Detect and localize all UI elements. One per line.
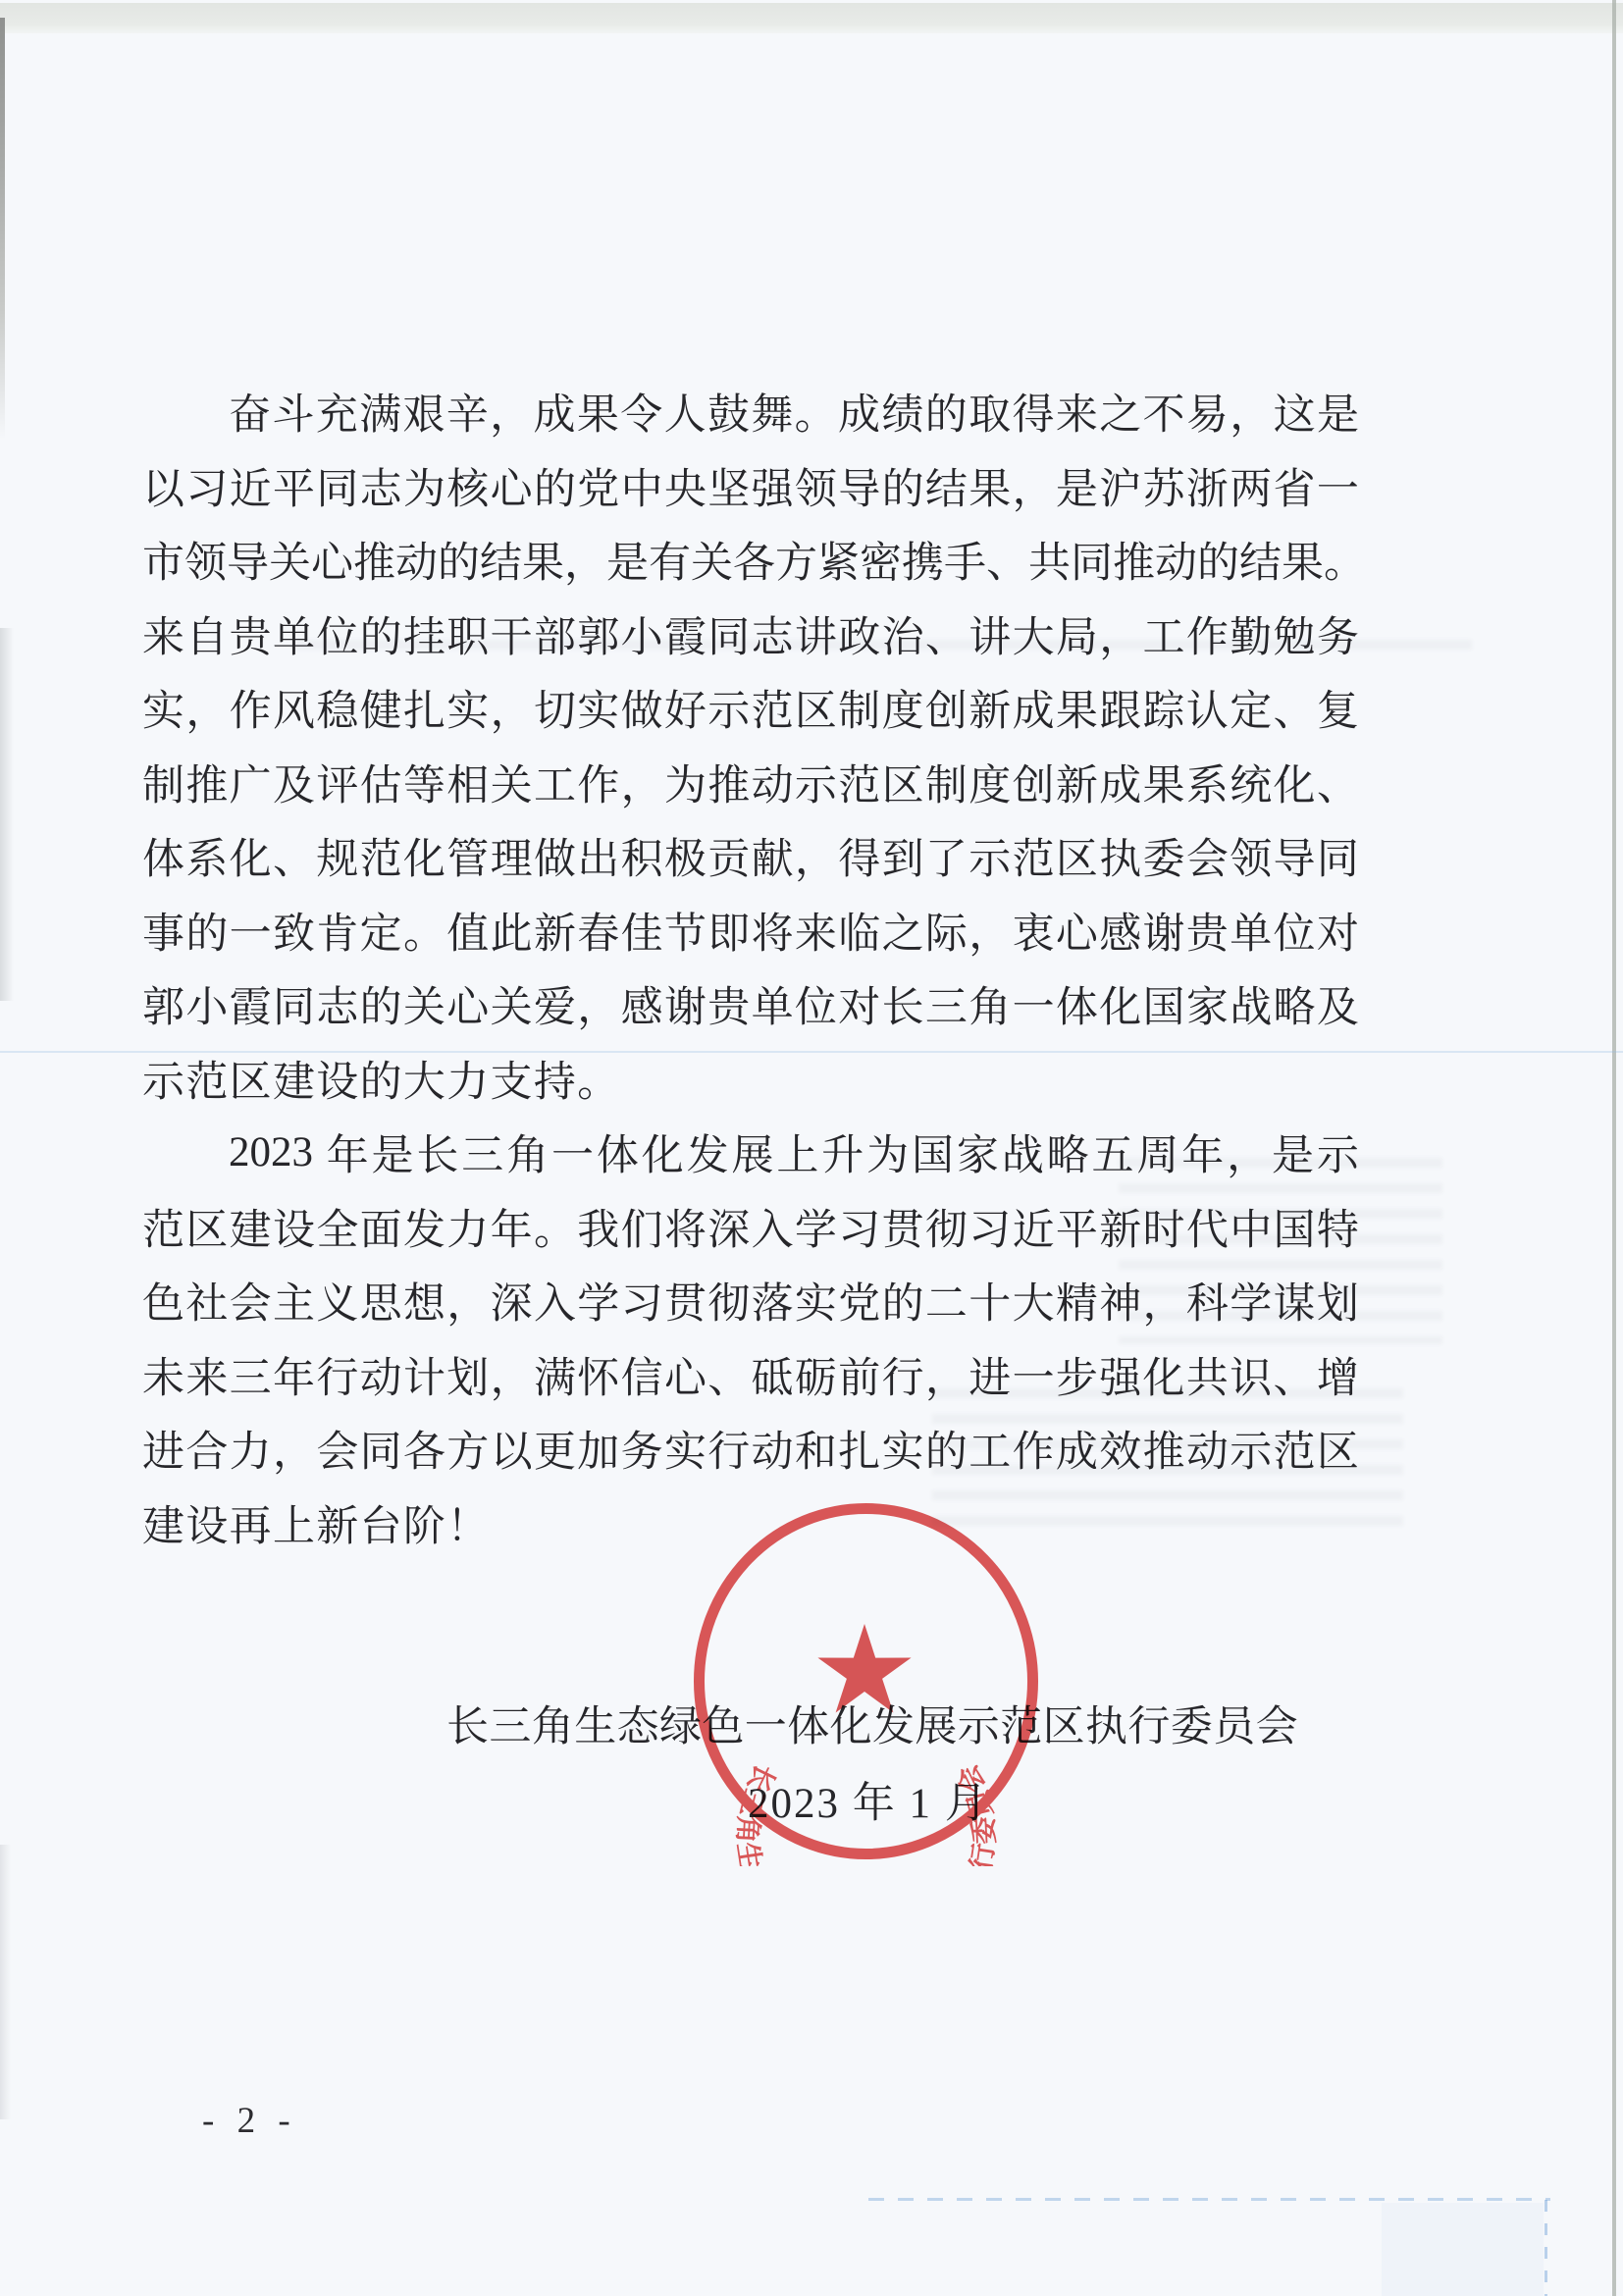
body-line: 实，作风稳健扎实，切实做好示范区制度创新成果跟踪认定、复 xyxy=(142,671,1359,746)
body-lines: 奋斗充满艰辛，成果令人鼓舞。成绩的取得来之不易，这是以习近平同志为核心的党中央坚… xyxy=(142,375,1359,1560)
seal-star xyxy=(817,1624,911,1713)
body-line: 范区建设全面发力年。我们将深入学习贯彻习近平新时代中国特 xyxy=(142,1190,1359,1265)
body-line: 示范区建设的大力支持。 xyxy=(142,1042,1359,1117)
body-line: 市领导关心推动的结果，是有关各方紧密携手、共同推动的结果。 xyxy=(142,523,1359,598)
body-line: 以习近平同志为核心的党中央坚强领导的结果，是沪苏浙两省一 xyxy=(142,449,1359,524)
body-line: 色社会主义思想，深入学习贯彻落实党的二十大精神，科学谋划 xyxy=(142,1264,1359,1338)
body-line: 郭小霞同志的关心关爱，感谢贵单位对长三角一体化国家战略及 xyxy=(142,967,1359,1042)
scan-edge-artifact-top xyxy=(0,3,1623,33)
body-line: 2023 年是长三角一体化发展上升为国家战略五周年，是示 xyxy=(142,1116,1359,1190)
scan-corner-tint xyxy=(1382,2203,1544,2296)
body-line: 奋斗充满艰辛，成果令人鼓舞。成绩的取得来之不易，这是 xyxy=(142,375,1359,449)
official-seal: 长三角生态绿色一体化发展示范区执行委员会 xyxy=(687,1493,1050,1866)
body-line: 未来三年行动计划，满怀信心、砥砺前行，进一步强化共识、增 xyxy=(142,1338,1359,1413)
scan-corner-line-horizontal xyxy=(868,2198,1550,2201)
body-line: 进合力，会同各方以更加务实行动和扎实的工作成效推动示范区 xyxy=(142,1412,1359,1487)
body-line: 事的一致肯定。值此新春佳节即将来临之际，衷心感谢贵单位对 xyxy=(142,894,1359,968)
scan-edge-artifact-left xyxy=(0,18,5,440)
page-number: - 2 - xyxy=(202,2100,297,2142)
document-page: 奋斗充满艰辛，成果令人鼓舞。成绩的取得来之不易，这是以习近平同志为核心的党中央坚… xyxy=(0,0,1623,2296)
body-line: 体系化、规范化管理做出积极贡献，得到了示范区执委会领导同 xyxy=(142,819,1359,894)
scan-edge-artifact-right xyxy=(1612,0,1616,2296)
scan-corner-line-vertical xyxy=(1544,2200,1547,2296)
scan-smudge-left-upper xyxy=(0,628,14,1001)
body-line: 来自贵单位的挂职干部郭小霞同志讲政治、讲大局，工作勤勉务 xyxy=(142,598,1359,672)
scan-smudge-left-lower xyxy=(0,1845,11,2119)
body-line: 制推广及评估等相关工作，为推动示范区制度创新成果系统化、 xyxy=(142,746,1359,820)
